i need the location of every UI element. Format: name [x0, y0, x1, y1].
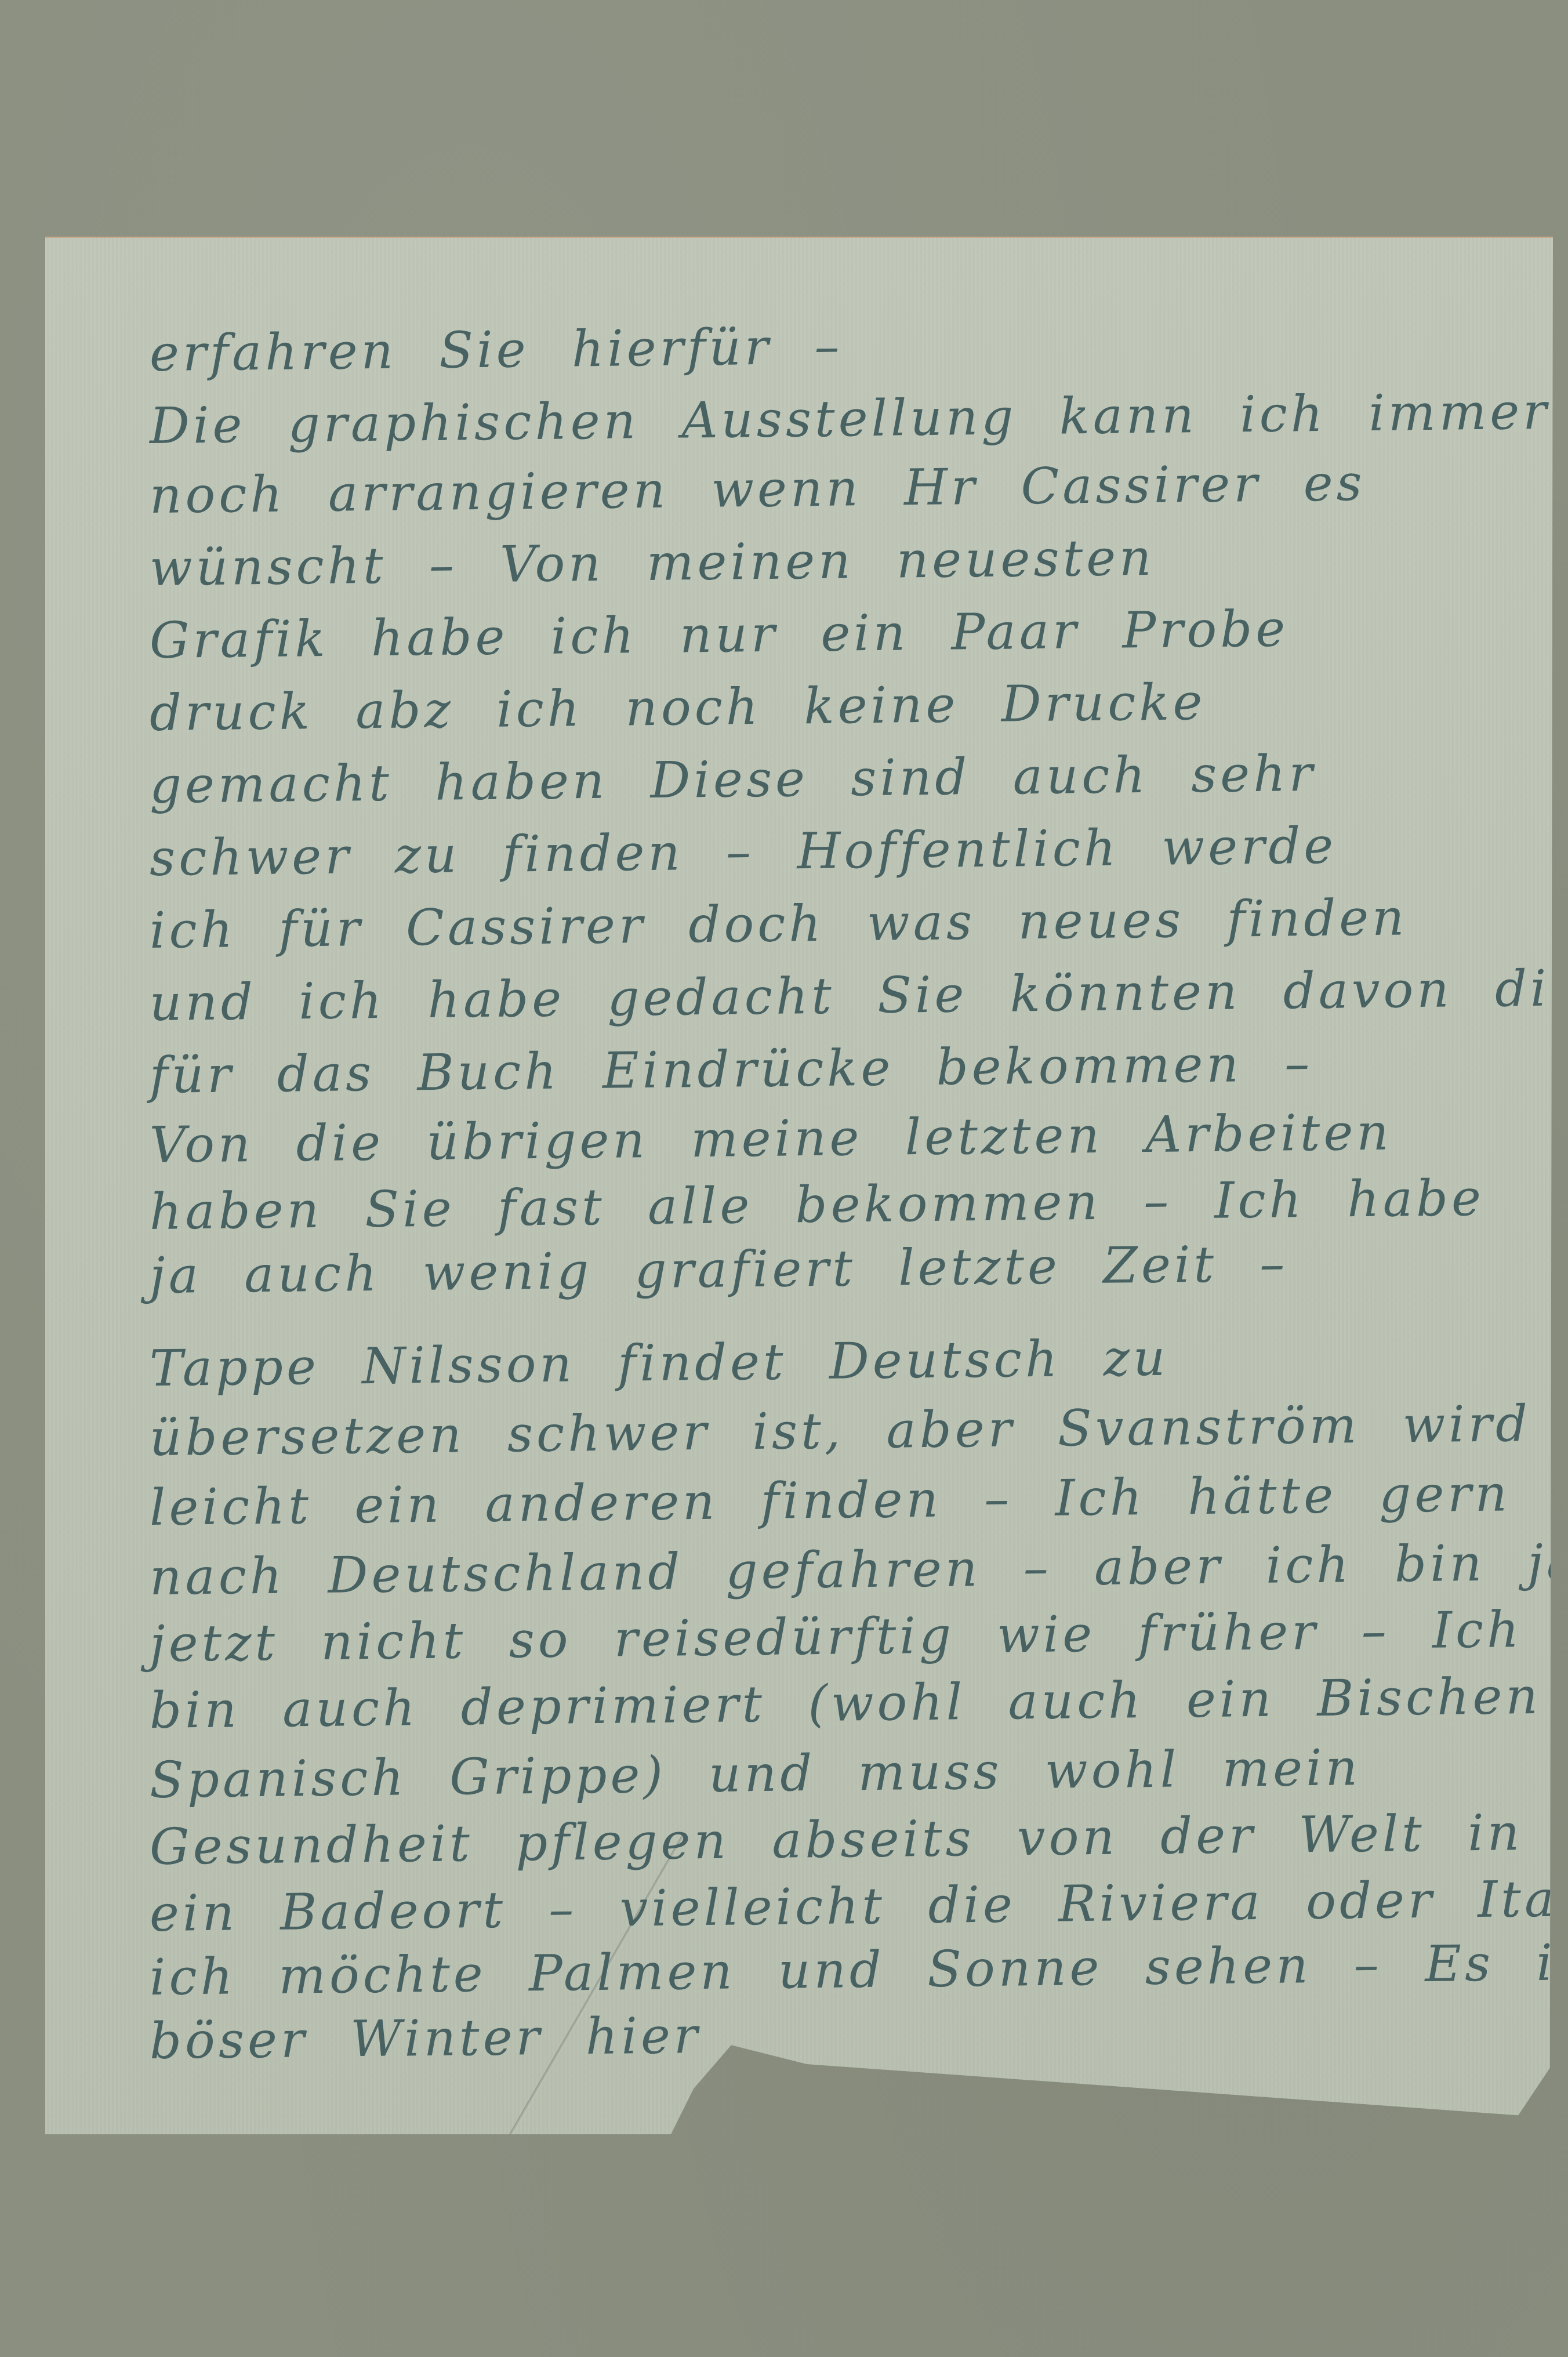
letter-line: bin auch deprimiert (wohl auch ein Bisch…	[149, 1667, 1541, 1740]
letter-line: ich möchte Palmen und Sonne sehen – Es i…	[149, 1932, 1568, 2007]
letter-line: Grafik habe ich nur ein Paar Probe	[149, 600, 1288, 670]
letter-line: schwer zu finden – Hoffentlich werde	[149, 817, 1337, 887]
letter-line: ich für Cassirer doch was neues finden	[149, 889, 1407, 960]
letter-line: ja auch wenig grafiert letzte Zeit –	[149, 1235, 1288, 1305]
letter-line: druck abz ich noch keine Drucke	[149, 673, 1206, 742]
letter-line: noch arrangieren wenn Hr Cassirer es	[149, 454, 1366, 525]
letter-line: übersetzen schwer ist, aber Svanström wi…	[149, 1395, 1531, 1467]
mounting-board: erfahren Sie hierfür – Die graphischen A…	[0, 0, 1568, 2357]
letter-line: erfahren Sie hierfür –	[149, 317, 843, 383]
letter-line: haben Sie fast alle bekommen – Ich habe	[149, 1169, 1484, 1241]
letter-line: gemacht haben Diese sind auch sehr	[149, 745, 1316, 815]
letter-line: Die graphischen Ausstellung kann ich imm…	[149, 383, 1550, 455]
letter-line: böser Winter hier	[149, 2007, 701, 2070]
letter-line: wünscht – Von meinen neuesten	[149, 529, 1155, 597]
letter-line: Von die übrigen meine letzten Arbeiten	[149, 1104, 1392, 1174]
letter-line: nach Deutschland gefahren – aber ich bin…	[149, 1533, 1568, 1607]
letter-line: leicht ein anderen finden – Ich hätte ge…	[149, 1464, 1511, 1537]
letter-line: für das Buch Eindrücke bekommen –	[149, 1035, 1313, 1105]
letter-line: ein Badeort – vielleicht die Riviera ode…	[149, 1869, 1568, 1943]
letter-sheet: erfahren Sie hierfür – Die graphischen A…	[45, 237, 1553, 2134]
letter-line: jetzt nicht so reisedürftig wie früher –…	[149, 1601, 1522, 1673]
letter-line: und ich habe gedacht Sie könnten davon d…	[149, 959, 1568, 1032]
letter-line: Gesundheit pflegen abseits von der Welt …	[149, 1804, 1523, 1876]
letter-line: Tappe Nilsson findet Deutsch zu	[149, 1329, 1168, 1398]
letter-line: Spanisch Grippe) und muss wohl mein	[149, 1739, 1361, 1810]
